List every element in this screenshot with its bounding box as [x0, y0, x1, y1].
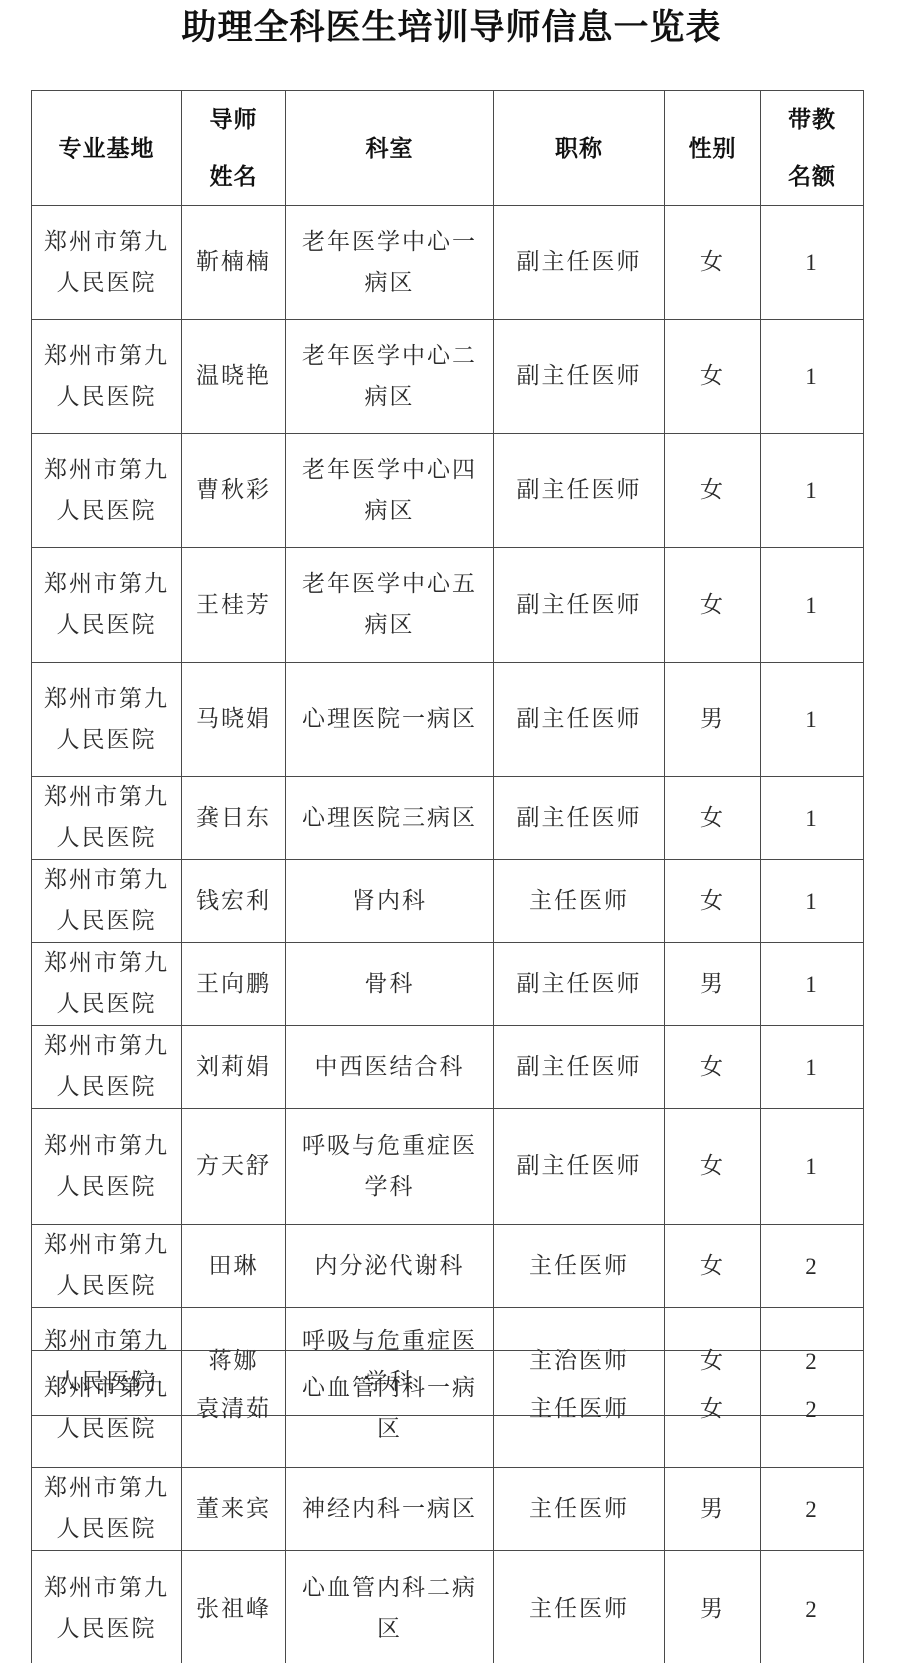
table-row: 郑州市第九 人民医院方天舒呼吸与危重症医 学科副主任医师女1: [32, 1109, 864, 1225]
cell-title: 主任医师: [494, 1225, 665, 1308]
cell-base: 郑州市第九 人民医院: [32, 434, 182, 548]
cell-name: 王桂芳: [182, 548, 286, 663]
table-row: 郑州市第九 人民医院靳楠楠老年医学中心一 病区副主任医师女1: [32, 206, 864, 320]
cell-gender: 女: [665, 1026, 761, 1109]
cell-quota: 2: [761, 1551, 864, 1663]
table-row: 郑州市第九 人民医院袁清茹心血管内科一病 区主任医师女2: [32, 1351, 864, 1468]
cell-dept: 肾内科: [286, 860, 494, 943]
cell-base: 郑州市第九 人民医院: [32, 943, 182, 1026]
cell-name: 刘莉娟: [182, 1026, 286, 1109]
cell-gender: 女: [665, 1225, 761, 1308]
cell-gender: 女: [665, 434, 761, 548]
cell-title: 副主任医师: [494, 943, 665, 1026]
cell-title: 副主任医师: [494, 1109, 665, 1225]
cell-quota: 2: [761, 1351, 864, 1468]
cell-quota: 1: [761, 1109, 864, 1225]
table-body-part-2: 郑州市第九 人民医院袁清茹心血管内科一病 区主任医师女2郑州市第九 人民医院董来…: [32, 1351, 864, 1663]
cell-quota: 1: [761, 943, 864, 1026]
cell-gender: 男: [665, 1468, 761, 1551]
table-row: 郑州市第九 人民医院张祖峰心血管内科二病 区主任医师男2: [32, 1551, 864, 1663]
column-header-title: 职称: [494, 91, 665, 206]
cell-base: 郑州市第九 人民医院: [32, 1468, 182, 1551]
cell-dept: 老年医学中心一 病区: [286, 206, 494, 320]
cell-name: 曹秋彩: [182, 434, 286, 548]
cell-title: 副主任医师: [494, 663, 665, 777]
cell-quota: 1: [761, 434, 864, 548]
cell-name: 马晓娟: [182, 663, 286, 777]
cell-gender: 女: [665, 777, 761, 860]
cell-quota: 1: [761, 777, 864, 860]
cell-base: 郑州市第九 人民医院: [32, 320, 182, 434]
cell-name: 袁清茹: [182, 1351, 286, 1468]
cell-title: 副主任医师: [494, 777, 665, 860]
cell-base: 郑州市第九 人民医院: [32, 548, 182, 663]
cell-gender: 男: [665, 1551, 761, 1663]
column-header-base: 专业基地: [32, 91, 182, 206]
cell-dept: 神经内科一病区: [286, 1468, 494, 1551]
cell-title: 副主任医师: [494, 320, 665, 434]
table-row: 郑州市第九 人民医院王向鹏骨科副主任医师男1: [32, 943, 864, 1026]
cell-dept: 老年医学中心四 病区: [286, 434, 494, 548]
table-row: 郑州市第九 人民医院温晓艳老年医学中心二 病区副主任医师女1: [32, 320, 864, 434]
cell-title: 副主任医师: [494, 1026, 665, 1109]
cell-name: 董来宾: [182, 1468, 286, 1551]
cell-title: 副主任医师: [494, 548, 665, 663]
cell-base: 郑州市第九 人民医院: [32, 1225, 182, 1308]
cell-gender: 女: [665, 548, 761, 663]
cell-name: 王向鹏: [182, 943, 286, 1026]
cell-title: 主任医师: [494, 1351, 665, 1468]
cell-dept: 骨科: [286, 943, 494, 1026]
cell-title: 主任医师: [494, 860, 665, 943]
cell-gender: 女: [665, 206, 761, 320]
cell-dept: 心血管内科二病 区: [286, 1551, 494, 1663]
cell-base: 郑州市第九 人民医院: [32, 663, 182, 777]
cell-gender: 女: [665, 320, 761, 434]
cell-title: 主任医师: [494, 1468, 665, 1551]
cell-dept: 中西医结合科: [286, 1026, 494, 1109]
cell-name: 张祖峰: [182, 1551, 286, 1663]
cell-gender: 女: [665, 860, 761, 943]
cell-dept: 心血管内科一病 区: [286, 1351, 494, 1468]
cell-quota: 1: [761, 1026, 864, 1109]
column-header-gender: 性别: [665, 91, 761, 206]
table-row: 郑州市第九 人民医院钱宏利肾内科主任医师女1: [32, 860, 864, 943]
cell-title: 副主任医师: [494, 434, 665, 548]
cell-quota: 1: [761, 663, 864, 777]
table-row: 郑州市第九 人民医院刘莉娟中西医结合科副主任医师女1: [32, 1026, 864, 1109]
column-header-name: 导师 姓名: [182, 91, 286, 206]
cell-dept: 心理医院一病区: [286, 663, 494, 777]
cell-quota: 1: [761, 320, 864, 434]
cell-base: 郑州市第九 人民医院: [32, 860, 182, 943]
cell-base: 郑州市第九 人民医院: [32, 1109, 182, 1225]
cell-name: 温晓艳: [182, 320, 286, 434]
cell-base: 郑州市第九 人民医院: [32, 1351, 182, 1468]
cell-gender: 女: [665, 1351, 761, 1468]
table-row: 郑州市第九 人民医院龚日东心理医院三病区副主任医师女1: [32, 777, 864, 860]
cell-name: 靳楠楠: [182, 206, 286, 320]
column-header-quota: 带教 名额: [761, 91, 864, 206]
cell-quota: 1: [761, 860, 864, 943]
cell-name: 龚日东: [182, 777, 286, 860]
table-row: 郑州市第九 人民医院马晓娟心理医院一病区副主任医师男1: [32, 663, 864, 777]
cell-dept: 老年医学中心五 病区: [286, 548, 494, 663]
cell-dept: 呼吸与危重症医 学科: [286, 1109, 494, 1225]
cell-title: 副主任医师: [494, 206, 665, 320]
table-header-row: 专业基地 导师 姓名 科室 职称 性别 带教 名额: [32, 91, 864, 206]
cell-base: 郑州市第九 人民医院: [32, 1026, 182, 1109]
tutor-table-part-2: 郑州市第九 人民医院袁清茹心血管内科一病 区主任医师女2郑州市第九 人民医院董来…: [31, 1350, 864, 1663]
table-body-part-1: 郑州市第九 人民医院靳楠楠老年医学中心一 病区副主任医师女1郑州市第九 人民医院…: [32, 206, 864, 1416]
table-row: 郑州市第九 人民医院董来宾神经内科一病区主任医师男2: [32, 1468, 864, 1551]
cell-quota: 1: [761, 206, 864, 320]
cell-gender: 女: [665, 1109, 761, 1225]
column-header-dept: 科室: [286, 91, 494, 206]
table-row: 郑州市第九 人民医院曹秋彩老年医学中心四 病区副主任医师女1: [32, 434, 864, 548]
table-row: 郑州市第九 人民医院田琳内分泌代谢科主任医师女2: [32, 1225, 864, 1308]
cell-base: 郑州市第九 人民医院: [32, 206, 182, 320]
cell-quota: 1: [761, 548, 864, 663]
tutor-table-part-1: 专业基地 导师 姓名 科室 职称 性别 带教 名额 郑州市第九 人民医院靳楠楠老…: [31, 90, 864, 1416]
document-title: 助理全科医生培训导师信息一览表: [0, 4, 903, 52]
cell-name: 方天舒: [182, 1109, 286, 1225]
cell-title: 主任医师: [494, 1551, 665, 1663]
table-row: 郑州市第九 人民医院王桂芳老年医学中心五 病区副主任医师女1: [32, 548, 864, 663]
cell-name: 田琳: [182, 1225, 286, 1308]
cell-gender: 男: [665, 943, 761, 1026]
cell-dept: 心理医院三病区: [286, 777, 494, 860]
cell-dept: 老年医学中心二 病区: [286, 320, 494, 434]
cell-dept: 内分泌代谢科: [286, 1225, 494, 1308]
cell-base: 郑州市第九 人民医院: [32, 1551, 182, 1663]
cell-base: 郑州市第九 人民医院: [32, 777, 182, 860]
cell-name: 钱宏利: [182, 860, 286, 943]
cell-gender: 男: [665, 663, 761, 777]
cell-quota: 2: [761, 1225, 864, 1308]
cell-quota: 2: [761, 1468, 864, 1551]
